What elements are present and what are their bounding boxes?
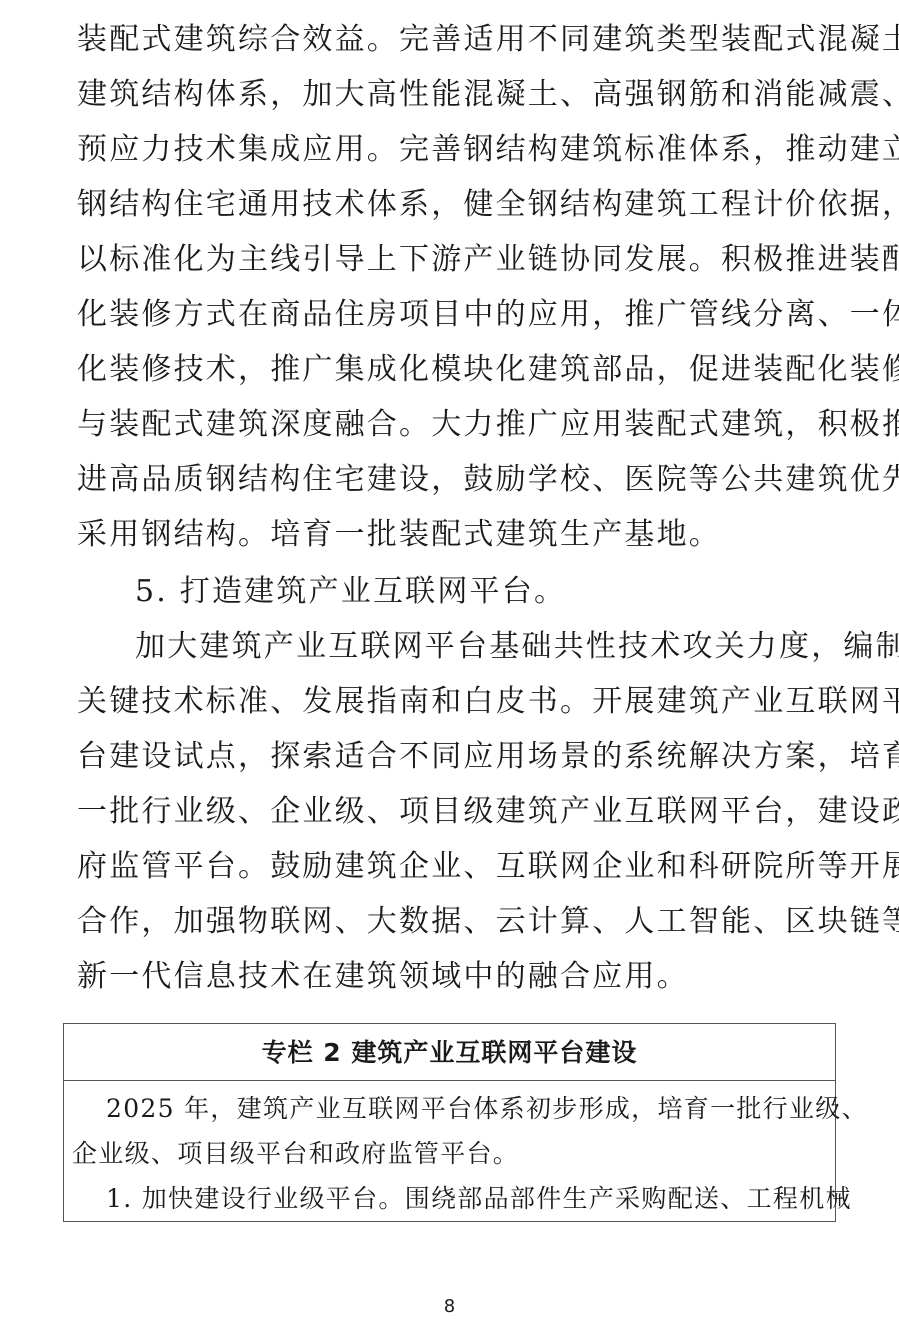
- column-box: 专栏 2 建筑产业互联网平台建设 2025 年，建筑产业互联网平台体系初步形成，…: [63, 1023, 836, 1222]
- section-line: 关键技术标准、发展指南和白皮书。开展建筑产业互联网平: [77, 682, 837, 722]
- section-line: 加大建筑产业互联网平台基础共性技术攻关力度，编制: [135, 627, 895, 667]
- body-line: 以标准化为主线引导上下游产业链协同发展。积极推进装配: [77, 240, 837, 280]
- body-line: 化装修技术，推广集成化模块化建筑部品，促进装配化装修: [77, 350, 837, 390]
- body-line: 预应力技术集成应用。完善钢结构建筑标准体系，推动建立: [77, 130, 837, 170]
- section-line: 一批行业级、企业级、项目级建筑产业互联网平台，建设政: [77, 792, 837, 832]
- column-box-line: 2025 年，建筑产业互联网平台体系初步形成，培育一批行业级、: [106, 1092, 868, 1126]
- column-box-line: 企业级、项目级平台和政府监管平台。: [72, 1137, 519, 1171]
- body-line: 与装配式建筑深度融合。大力推广应用装配式建筑，积极推: [77, 405, 837, 445]
- section-heading: 5. 打造建筑产业互联网平台。: [135, 572, 895, 612]
- body-line: 化装修方式在商品住房项目中的应用，推广管线分离、一体: [77, 295, 837, 335]
- column-box-title: 专栏 2 建筑产业互联网平台建设: [64, 1024, 835, 1081]
- section-line: 台建设试点，探索适合不同应用场景的系统解决方案，培育: [77, 737, 837, 777]
- section-line: 新一代信息技术在建筑领域中的融合应用。: [77, 957, 837, 997]
- section-line: 合作，加强物联网、大数据、云计算、人工智能、区块链等: [77, 902, 837, 942]
- section-line: 府监管平台。鼓励建筑企业、互联网企业和科研院所等开展: [77, 847, 837, 887]
- body-line: 建筑结构体系，加大高性能混凝土、高强钢筋和消能减震、: [77, 75, 837, 115]
- body-line: 采用钢结构。培育一批装配式建筑生产基地。: [77, 515, 837, 555]
- body-line: 钢结构住宅通用技术体系，健全钢结构建筑工程计价依据，: [77, 185, 837, 225]
- column-box-line: 1. 加快建设行业级平台。围绕部品部件生产采购配送、工程机械: [106, 1182, 852, 1216]
- page-number: 8: [0, 1296, 899, 1317]
- body-line: 进高品质钢结构住宅建设，鼓励学校、医院等公共建筑优先: [77, 460, 837, 500]
- body-line: 装配式建筑综合效益。完善适用不同建筑类型装配式混凝土: [77, 20, 837, 60]
